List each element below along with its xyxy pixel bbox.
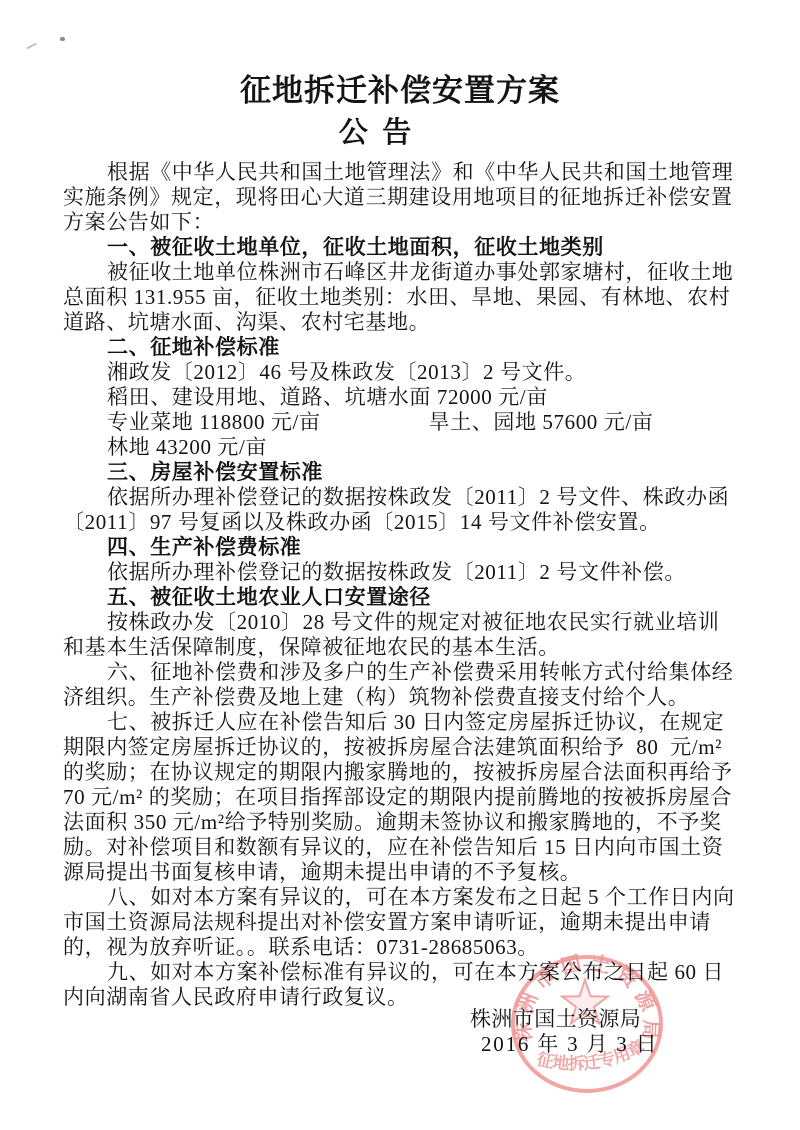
doc-section-heading: 二、征地补偿标准: [63, 335, 753, 360]
doc-line: 和基本生活保障制度，保障被征地农民的基本生活。: [63, 635, 753, 660]
document-subtitle: 公 告: [0, 116, 775, 150]
doc-line: 的奖励；在协议规定的期限内搬家腾地的，按被拆房屋合法面积再给予: [63, 760, 753, 785]
doc-line: 依据所办理补偿登记的数据按株政发〔2011〕2 号文件、株政办函: [63, 485, 753, 510]
doc-line: 专业菜地 118800 元/亩 旱土、园地 57600 元/亩: [63, 410, 753, 435]
doc-section-heading: 一、被征收土地单位，征收土地面积，征收土地类别: [63, 235, 753, 260]
seal-bottom-text: 征地拆迁专用章: [535, 1036, 648, 1074]
scan-scratch: [26, 43, 37, 50]
official-seal: 株洲市国土资源局 征地拆迁专用章: [502, 952, 672, 1102]
seal-star-icon: [562, 980, 608, 1023]
doc-line: 市国土资源局法规科提出对补偿安置方案申请听证，逾期未提出申请: [63, 910, 753, 935]
doc-section-heading: 五、被征收土地农业人口安置途径: [63, 585, 753, 610]
doc-line: 济组织。生产补偿费及地上建（构）筑物补偿费直接支付给个人。: [63, 685, 753, 710]
doc-line: 期限内签定房屋拆迁协议的，按被拆房屋合法建筑面积给予 80 元/m²: [63, 735, 753, 760]
doc-line: 被征收土地单位株洲市石峰区井龙街道办事处郭家塘村，征收土地: [63, 260, 753, 285]
doc-line: 林地 43200 元/亩: [63, 435, 753, 460]
doc-line: 法面积 350 元/m²给予特别奖励。逾期未签协议和搬家腾地的，不予奖: [63, 810, 753, 835]
doc-line: 按株政办发〔2010〕28 号文件的规定对被征地农民实行就业培训: [63, 610, 753, 635]
document-title: 征地拆迁补偿安置方案: [0, 72, 800, 110]
doc-line: 源局提出书面复核申请，逾期未提出申请的不予复核。: [63, 860, 753, 885]
doc-line: 实施条例》规定，现将田心大道三期建设用地项目的征地拆迁补偿安置: [63, 185, 753, 210]
doc-line: 励。对补偿项目和数额有异议的，应在补偿告知后 15 日内向市国土资: [63, 835, 753, 860]
document-body: 根据《中华人民共和国土地管理法》和《中华人民共和国土地管理 实施条例》规定，现将…: [63, 160, 753, 1010]
doc-section-heading: 四、生产补偿费标准: [63, 535, 753, 560]
doc-line: 稻田、建设用地、道路、坑塘水面 72000 元/亩: [63, 385, 753, 410]
doc-line: 道路、坑塘水面、沟渠、农村宅基地。: [63, 310, 753, 335]
doc-line: 70 元/m² 的奖励；在项目指挥部设定的期限内提前腾地的按被拆房屋合: [63, 785, 753, 810]
doc-line: 根据《中华人民共和国土地管理法》和《中华人民共和国土地管理: [63, 160, 753, 185]
doc-line: 湘政发〔2012〕46 号及株政发〔2013〕2 号文件。: [63, 360, 753, 385]
doc-line: 八、如对本方案有异议的，可在本方案发布之日起 5 个工作日内向: [63, 885, 753, 910]
doc-line: 七、被拆迁人应在补偿告知后 30 日内签定房屋拆迁协议，在规定: [63, 710, 753, 735]
doc-line: 总面积 131.955 亩，征收土地类别：水田、旱地、果园、有林地、农村: [63, 285, 753, 310]
doc-section-heading: 三、房屋补偿安置标准: [63, 460, 753, 485]
doc-line: 依据所办理补偿登记的数据按株政发〔2011〕2 号文件补偿。: [63, 560, 753, 585]
doc-line: 六、征地补偿费和涉及多户的生产补偿费采用转帐方式付给集体经: [63, 660, 753, 685]
scan-speck: [60, 37, 65, 41]
scanned-document-page: 征地拆迁补偿安置方案 公 告 根据《中华人民共和国土地管理法》和《中华人民共和国…: [0, 0, 800, 1130]
doc-line: 方案公告如下：: [63, 210, 753, 235]
svg-text:征地拆迁专用章: 征地拆迁专用章: [535, 1036, 648, 1074]
doc-line: 〔2011〕97 号复函以及株政办函〔2015〕14 号文件补偿安置。: [63, 510, 753, 535]
